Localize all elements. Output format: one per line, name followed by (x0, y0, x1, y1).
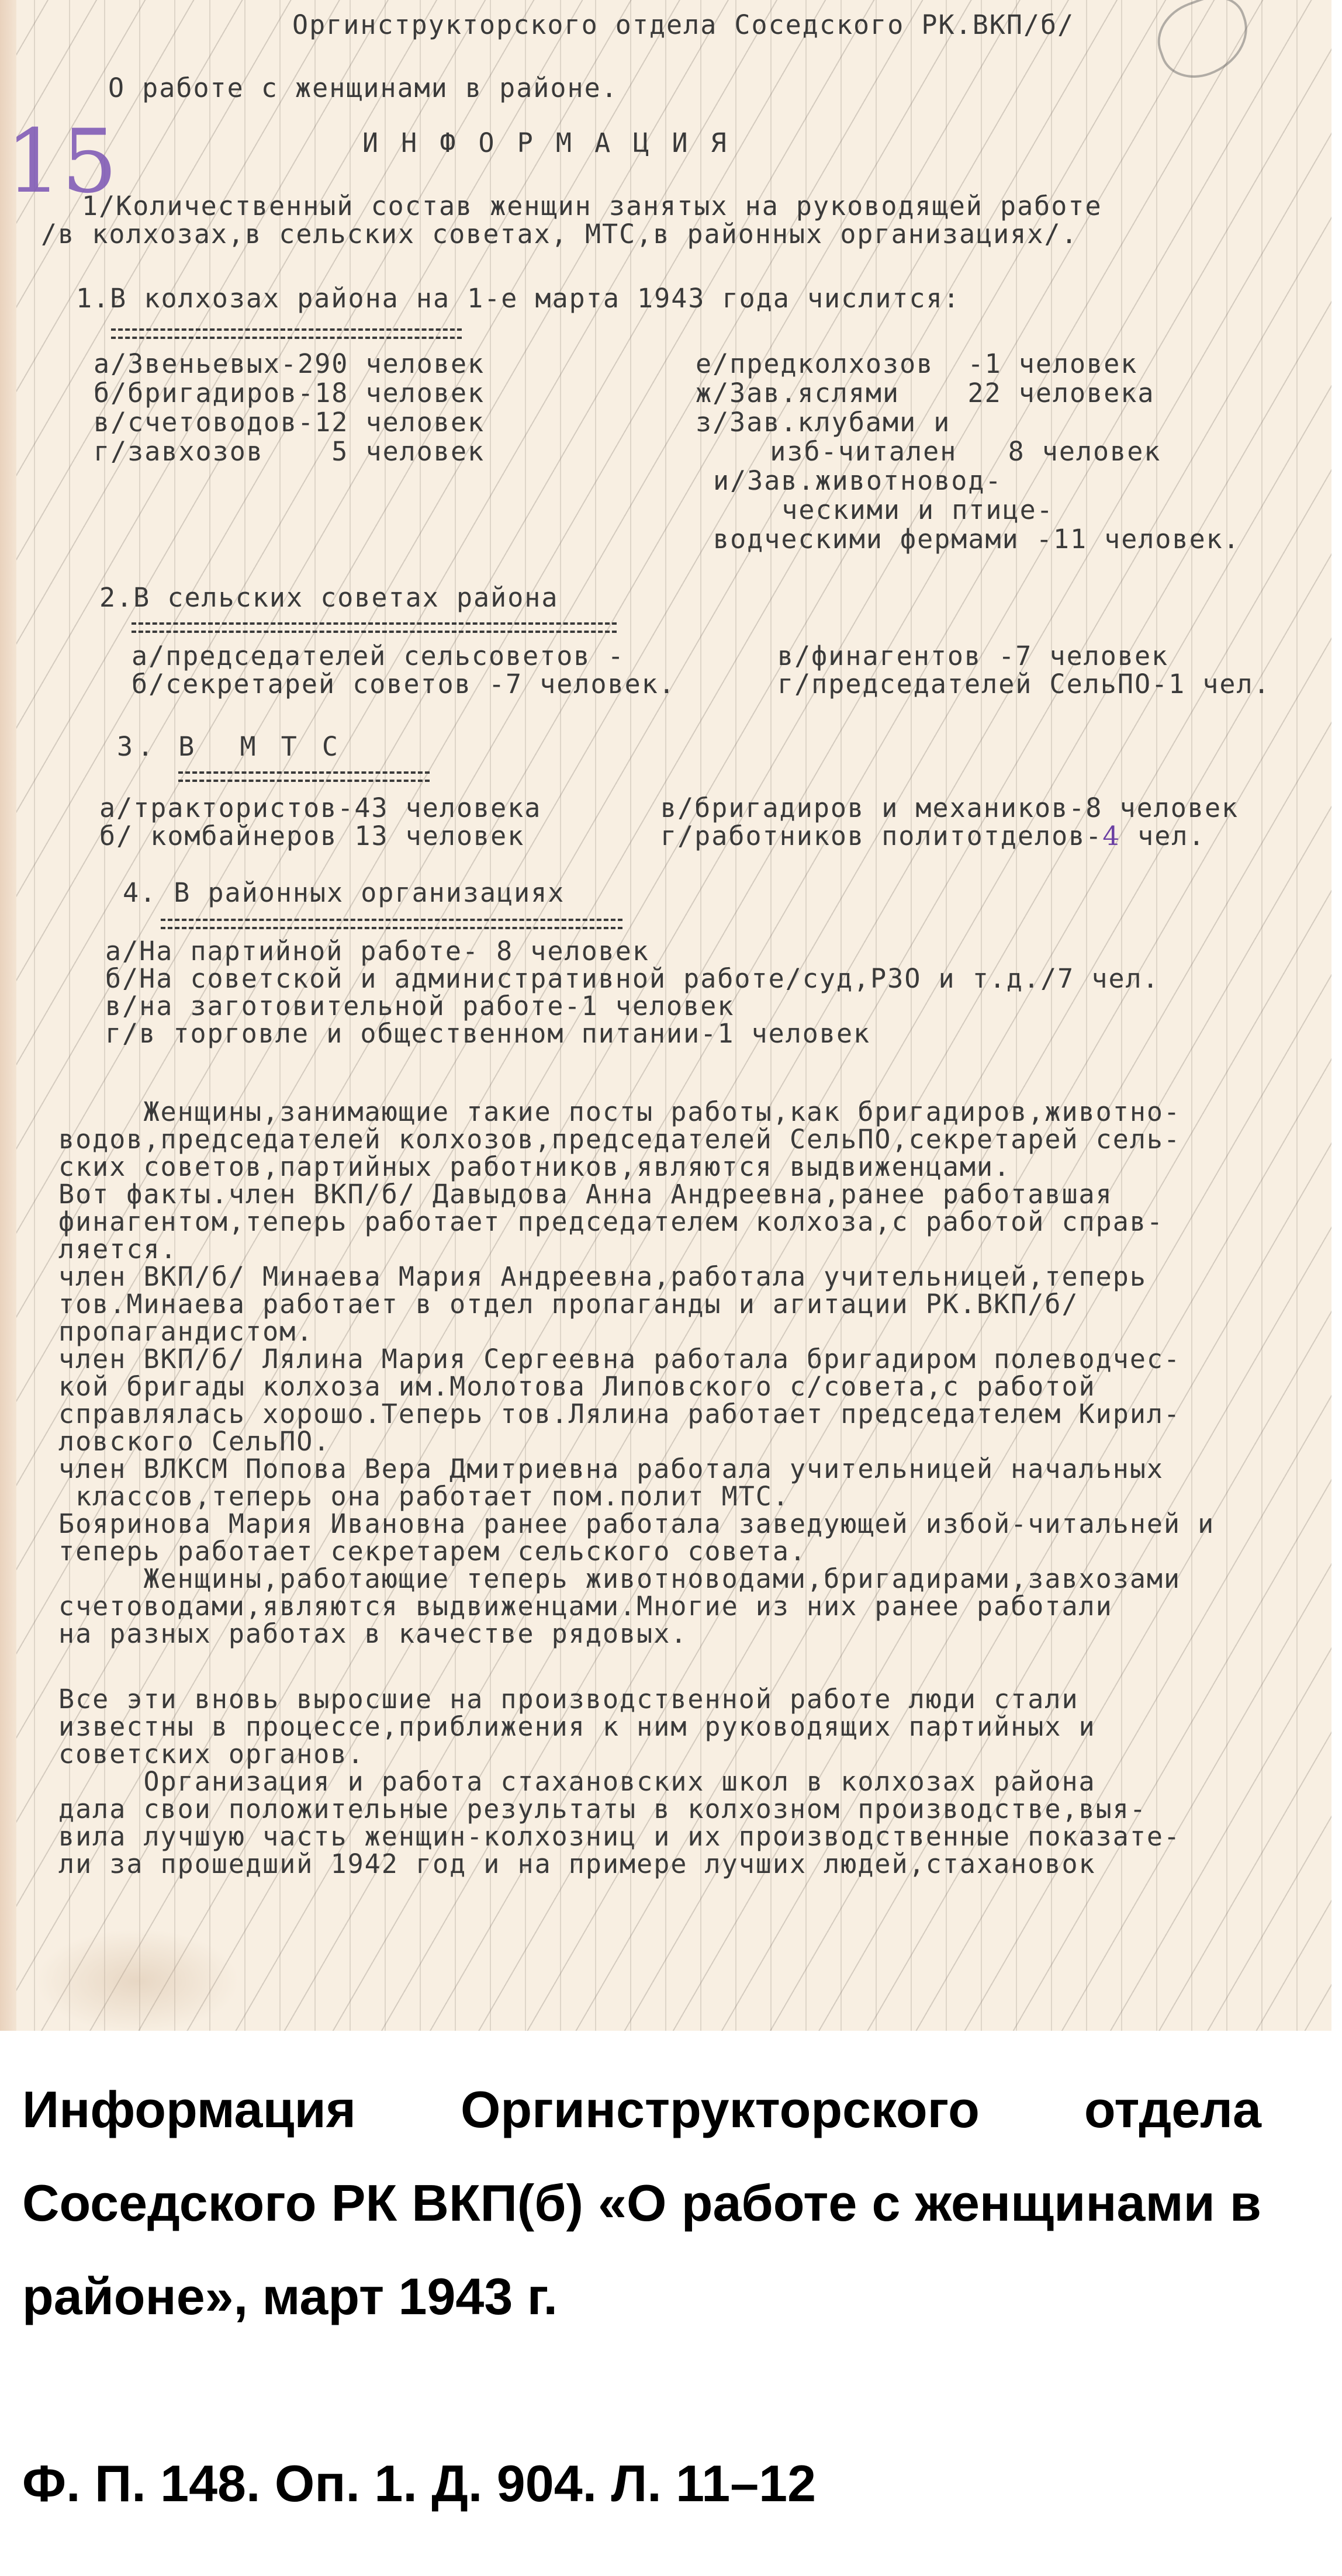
body-line: справлялась хорошо.Теперь тов.Лялина раб… (58, 1401, 1181, 1427)
body-line: классов,теперь она работает пом.полит МТ… (58, 1483, 790, 1509)
section1-item-i-cont2: водческими фермами -11 человек. (713, 526, 1240, 552)
body-line: Все эти вновь выросшие на производственн… (58, 1686, 1079, 1712)
section4-item-b: б/На советской и административной работе… (105, 965, 1160, 992)
body-line: член ВКП/б/ Лялина Мария Сергеевна работ… (58, 1346, 1181, 1372)
section4-heading: 4. В районных организациях (123, 880, 565, 906)
section1-item-z-cont: изб-читален 8 человек (719, 438, 1161, 465)
intro-line-2: /в колхозах,в сельских советах, МТС,в ра… (41, 221, 1078, 247)
header-line: Оргинструкторского отдела Соседского РК.… (292, 12, 1074, 38)
section2-item-a: а/председателей сельсоветов - (132, 643, 625, 669)
section2-heading: 2.В сельских советах района (99, 584, 559, 611)
section1-underline (111, 328, 462, 339)
body-line: Женщины,работающие теперь животноводами,… (58, 1566, 1181, 1592)
body-line: Бояринова Мария Ивановна ранее работала … (58, 1511, 1215, 1537)
section1-item-e: е/предколхозов -1 человек (696, 351, 1137, 377)
archival-document-scan: 15 Оргинструкторского отдела Соседского … (0, 0, 1342, 2031)
body-line: известны в процессе,приближения к ним ру… (58, 1713, 1096, 1740)
section1-item-g: г/завхозов 5 человек (94, 438, 485, 465)
pencil-signature-mark (1147, 0, 1260, 88)
section3-item-a: а/трактористов-43 человека (99, 795, 541, 821)
intro-line-1: 1/Количественный состав женщин занятых н… (82, 193, 1102, 219)
caption-title: Информация Оргинструкторского отдела Сос… (22, 2063, 1261, 2343)
section1-item-v: в/счетоводов-12 человек (94, 409, 485, 435)
section4-underline (161, 919, 622, 929)
archive-reference: Ф. П. 148. Оп. 1. Д. 904. Л. 11–12 (22, 2437, 1261, 2530)
body-line: вила лучшую часть женщин-колхозниц и их … (58, 1823, 1181, 1850)
body-line: ловского СельПО. (58, 1428, 330, 1455)
section3-item-v: в/бригадиров и механиков-8 человек (660, 795, 1239, 821)
body-line: ляется. (58, 1236, 178, 1262)
body-line: Организация и работа стахановских школ в… (58, 1768, 1096, 1795)
section1-item-a: а/Звеньевых-290 человек (94, 351, 485, 377)
section3-heading: 3. В М Т С (117, 733, 343, 760)
handwritten-correction-count: 4 (1102, 820, 1120, 851)
section3-item-g: г/работников политотделов-4 чел. (660, 823, 1206, 849)
body-line: кой бригады колхоза им.Молотова Липовско… (58, 1373, 1096, 1400)
section1-item-zh: ж/Зав.яслями 22 человека (696, 380, 1155, 406)
section2-item-v: в/финагентов -7 человек (777, 643, 1168, 669)
body-line: Вот факты.член ВКП/б/ Давыдова Анна Андр… (58, 1181, 1113, 1207)
section1-item-b: б/бригадиров-18 человек (94, 380, 485, 406)
section2-item-g: г/председателей СельПО-1 чел. (777, 671, 1271, 697)
section3-item-b: б/ комбайнеров 13 человек (99, 823, 524, 849)
body-line: водов,председателей колхозов,председател… (58, 1126, 1181, 1152)
body-line: член ВКП/б/ Минаева Мария Андреевна,рабо… (58, 1263, 1147, 1290)
document-title: И Н Ф О Р М А Ц И Я (362, 130, 730, 156)
document-subject: О работе с женщинами в районе. (108, 75, 618, 101)
body-line: на разных работах в качестве рядовых. (58, 1621, 687, 1647)
body-line: ли за прошедший 1942 год и на примере лу… (58, 1851, 1096, 1877)
body-line: дала свои положительные результаты в кол… (58, 1796, 1147, 1822)
section4-item-v: в/на заготовительной работе-1 человек (105, 993, 734, 1019)
section4-item-a: а/На партийной работе- 8 человек (105, 938, 649, 964)
body-line: тов.Минаева работает в отдел пропаганды … (58, 1291, 1079, 1317)
paper-stain (35, 1928, 240, 2031)
section1-item-z: з/Зав.клубами и (696, 409, 950, 435)
section4-item-g: г/в торговле и общественном питании-1 че… (105, 1020, 870, 1047)
section1-heading: 1.В колхозах района на 1-е марта 1943 го… (76, 285, 960, 311)
body-line: счетоводами,являются выдвиженцами.Многие… (58, 1593, 1113, 1619)
body-line: Женщины,занимающие такие посты работы,ка… (58, 1099, 1181, 1125)
body-line: финагентом,теперь работает председателем… (58, 1209, 1164, 1235)
body-line: член ВЛКСМ Попова Вера Дмитриевна работа… (58, 1456, 1164, 1482)
section2-underline (132, 622, 617, 633)
section1-item-i-cont: ческими и птице- (731, 497, 1054, 523)
body-line: ских советов,партийных работников,являют… (58, 1154, 1011, 1180)
body-line: советских органов. (58, 1741, 365, 1767)
body-line: пропагандистом. (58, 1318, 313, 1345)
section1-item-i: и/Зав.животновод- (713, 468, 1002, 494)
section3-underline (178, 771, 430, 782)
body-line: теперь работает секретарем сельского сов… (58, 1538, 807, 1564)
section3-item-g-text: г/работников политотделов- (660, 820, 1102, 851)
section3-item-g-suffix: чел. (1120, 820, 1205, 851)
section2-item-b: б/секретарей советов -7 человек. (132, 671, 676, 697)
